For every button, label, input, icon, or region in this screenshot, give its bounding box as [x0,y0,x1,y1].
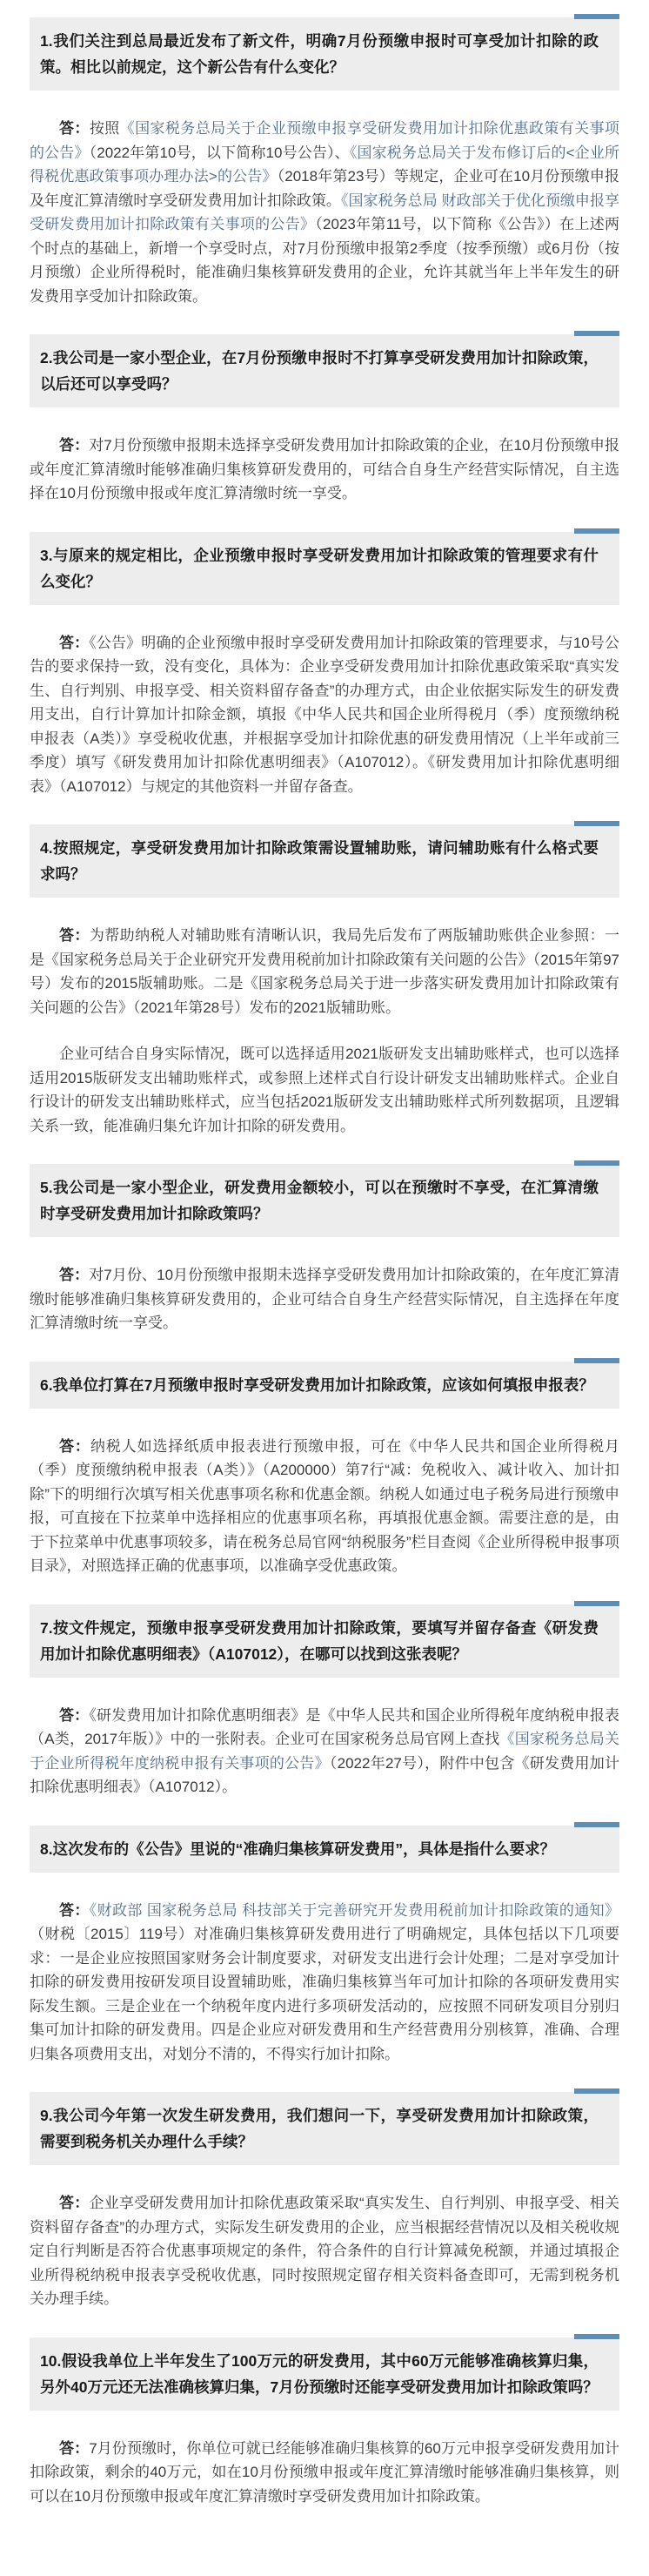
answer-label: 答： [59,2440,89,2457]
answer-text-segment: 7月份预缴时，你单位可就已经能够准确归集核算的60万元申报享受研发费用加计扣除政… [30,2440,619,2505]
answer: 答：《财政部 国家税务总局 科技部关于完善研究开发费用税前加计扣除政策的通知》（… [30,1899,619,2067]
answer: 答：7月份预缴时，你单位可就已经能够准确归集核算的60万元申报享受研发费用加计扣… [30,2437,619,2509]
answer-paragraph: 答：7月份预缴时，你单位可就已经能够准确归集核算的60万元申报享受研发费用加计扣… [30,2437,619,2509]
policy-link[interactable]: 《财政部 国家税务总局 科技部关于完善研究开发费用税前加计扣除政策的通知》 [90,1902,619,1919]
question-text: 3.与原来的规定相比，企业预缴申报时享受研发费用加计扣除政策的管理要求有什么变化… [40,542,599,595]
qa-section: 2.我公司是一家小型企业，在7月份预缴申报时不打算享受研发费用加计扣除政策，以后… [30,334,619,506]
answer-text-segment: 对7月份、10月份预缴申报期未选择享受研发费用加计扣除政策的，在年度汇算清缴时能… [30,1267,619,1331]
accent-bar [574,528,619,534]
question-box: 1.我们关注到总局最近发布了新文件，明确7月份预缴申报时可享受加计扣除的政策。相… [30,17,619,91]
answer: 答：《公告》明确的企业预缴申报时享受研发费用加计扣除政策的管理要求，与10号公告… [30,631,619,799]
answer-label: 答： [59,2195,90,2211]
accent-bar [574,14,619,19]
answer-paragraph: 答：企业享受研发费用加计扣除优惠政策采取“真实发生、自行判别、申报享受、相关资料… [30,2191,619,2311]
answer-text-segment: 纳税人如选择纸质申报表进行预缴申报，可在《中华人民共和国企业所得税月（季）度预缴… [30,1438,619,1575]
accent-bar [574,821,619,826]
question-text: 7.按文件规定，预缴申报享受研发费用加计扣除政策，要填写并留存备查《研发费用加计… [40,1615,599,1667]
question-text: 6.我单位打算在7月预缴申报时享受研发费用加计扣除政策，应该如何填报申报表？ [40,1372,599,1398]
question-text: 9.我公司今年第一次发生研发费用，我们想问一下，享受研发费用加计扣除政策，需要到… [40,2102,599,2155]
qa-section: 8.这次发布的《公告》里说的“准确归集核算研发费用”，具体是指什么要求？答：《财… [30,1826,619,2067]
answer-paragraph: 答：《公告》明确的企业预缴申报时享受研发费用加计扣除政策的管理要求，与10号公告… [30,631,619,799]
qa-section: 7.按文件规定，预缴申报享受研发费用加计扣除政策，要填写并留存备查《研发费用加计… [30,1604,619,1799]
qa-page: 1.我们关注到总局最近发布了新文件，明确7月份预缴申报时可享受加计扣除的政策。相… [0,0,649,2576]
answer-label: 答： [59,1438,90,1455]
answer-label: 答： [59,1902,90,1919]
qa-section: 10.假设我单位上半年发生了100万元的研发费用，其中60万元能够准确核算归集，… [30,2337,619,2509]
answer: 答：纳税人如选择纸质申报表进行预缴申报，可在《中华人民共和国企业所得税月（季）度… [30,1435,619,1578]
qa-section: 3.与原来的规定相比，企业预缴申报时享受研发费用加计扣除政策的管理要求有什么变化… [30,532,619,799]
accent-bar [574,1160,619,1166]
answer-label: 答： [59,120,90,137]
qa-section: 9.我公司今年第一次发生研发费用，我们想问一下，享受研发费用加计扣除政策，需要到… [30,2092,619,2311]
answer-paragraph: 答：对7月份预缴申报期未选择享受研发费用加计扣除政策的企业，在10月份预缴申报或… [30,434,619,506]
answer-paragraph: 答：按照《国家税务总局关于企业预缴申报享受研发费用加计扣除优惠政策有关事项的公告… [30,117,619,308]
answer-paragraph: 企业可结合自身实际情况，既可以选择适用2021版研发支出辅助账样式，也可以选择适… [30,1042,619,1138]
answer: 答：《研发费用加计扣除优惠明细表》是《中华人民共和国企业所得税年度纳税申报表（A… [30,1704,619,1799]
qa-section: 1.我们关注到总局最近发布了新文件，明确7月份预缴申报时可享受加计扣除的政策。相… [30,17,619,308]
answer-label: 答： [59,437,89,454]
answer: 答：企业享受研发费用加计扣除优惠政策采取“真实发生、自行判别、申报享受、相关资料… [30,2191,619,2311]
question-text: 10.假设我单位上半年发生了100万元的研发费用，其中60万元能够准确核算归集，… [40,2348,599,2400]
qa-list: 1.我们关注到总局最近发布了新文件，明确7月份预缴申报时可享受加计扣除的政策。相… [30,17,619,2508]
question-box: 10.假设我单位上半年发生了100万元的研发费用，其中60万元能够准确核算归集，… [30,2337,619,2411]
answer-text-segment: 企业可结合自身实际情况，既可以选择适用2021版研发支出辅助账样式，也可以选择适… [30,1046,619,1134]
accent-bar [574,2088,619,2094]
question-box: 8.这次发布的《公告》里说的“准确归集核算研发费用”，具体是指什么要求？ [30,1826,619,1873]
answer-text-segment: （财税〔2015〕119号）对准确归集核算研发费用进行了明确规定，具体包括以下几… [30,1926,619,2062]
answer-text-segment: 对7月份预缴申报期未选择享受研发费用加计扣除政策的企业，在10月份预缴申报或年度… [30,437,619,501]
qa-section: 6.我单位打算在7月预缴申报时享受研发费用加计扣除政策，应该如何填报申报表？答：… [30,1362,619,1578]
question-text: 4.按照规定，享受研发费用加计扣除政策需设置辅助账，请问辅助账有什么格式要求吗？ [40,835,599,887]
answer: 答：按照《国家税务总局关于企业预缴申报享受研发费用加计扣除优惠政策有关事项的公告… [30,117,619,308]
question-box: 7.按文件规定，预缴申报享受研发费用加计扣除政策，要填写并留存备查《研发费用加计… [30,1604,619,1678]
answer-label: 答： [59,1267,89,1283]
question-text: 2.我公司是一家小型企业，在7月份预缴申报时不打算享受研发费用加计扣除政策，以后… [40,345,599,397]
answer-paragraph: 答：对7月份、10月份预缴申报期未选择享受研发费用加计扣除政策的，在年度汇算清缴… [30,1263,619,1335]
question-box: 3.与原来的规定相比，企业预缴申报时享受研发费用加计扣除政策的管理要求有什么变化… [30,532,619,605]
question-text: 5.我公司是一家小型企业，研发费用金额较小，可以在预缴时不享受，在汇算清缴时享受… [40,1174,599,1227]
answer-paragraph: 答：《财政部 国家税务总局 科技部关于完善研究开发费用税前加计扣除政策的通知》（… [30,1899,619,2067]
qa-section: 4.按照规定，享受研发费用加计扣除政策需设置辅助账，请问辅助账有什么格式要求吗？… [30,824,619,1138]
answer-text-segment: 为帮助纳税人对辅助账有清晰认识，我局先后发布了两版辅助账供企业参照：一是《国家税… [30,927,619,1016]
answer: 答：为帮助纳税人对辅助账有清晰认识，我局先后发布了两版辅助账供企业参照：一是《国… [30,924,619,1138]
answer-paragraph: 答：《研发费用加计扣除优惠明细表》是《中华人民共和国企业所得税年度纳税申报表（A… [30,1704,619,1799]
accent-bar [574,1358,619,1363]
accent-bar [574,2334,619,2339]
answer-label: 答： [59,1707,89,1724]
answer-paragraph: 答：为帮助纳税人对辅助账有清晰认识，我局先后发布了两版辅助账供企业参照：一是《国… [30,924,619,1019]
qa-section: 5.我公司是一家小型企业，研发费用金额较小，可以在预缴时不享受，在汇算清缴时享受… [30,1164,619,1335]
question-box: 5.我公司是一家小型企业，研发费用金额较小，可以在预缴时不享受，在汇算清缴时享受… [30,1164,619,1237]
question-box: 9.我公司今年第一次发生研发费用，我们想问一下，享受研发费用加计扣除政策，需要到… [30,2092,619,2165]
question-box: 4.按照规定，享受研发费用加计扣除政策需设置辅助账，请问辅助账有什么格式要求吗？ [30,824,619,898]
question-box: 2.我公司是一家小型企业，在7月份预缴申报时不打算享受研发费用加计扣除政策，以后… [30,334,619,407]
answer-paragraph: 答：纳税人如选择纸质申报表进行预缴申报，可在《中华人民共和国企业所得税月（季）度… [30,1435,619,1578]
accent-bar [574,1822,619,1827]
accent-bar [574,331,619,336]
accent-bar [574,1601,619,1606]
answer-text-segment: 按照 [90,120,120,137]
answer: 答：对7月份、10月份预缴申报期未选择享受研发费用加计扣除政策的，在年度汇算清缴… [30,1263,619,1335]
answer: 答：对7月份预缴申报期未选择享受研发费用加计扣除政策的企业，在10月份预缴申报或… [30,434,619,506]
question-text: 8.这次发布的《公告》里说的“准确归集核算研发费用”，具体是指什么要求？ [40,1836,599,1862]
answer-text-segment: 《公告》明确的企业预缴申报时享受研发费用加计扣除政策的管理要求，与10号公告的要… [30,635,619,795]
question-box: 6.我单位打算在7月预缴申报时享受研发费用加计扣除政策，应该如何填报申报表？ [30,1362,619,1409]
question-text: 1.我们关注到总局最近发布了新文件，明确7月份预缴申报时可享受加计扣除的政策。相… [40,28,599,80]
answer-text-segment: 企业享受研发费用加计扣除优惠政策采取“真实发生、自行判别、申报享受、相关资料留存… [30,2195,619,2307]
answer-label: 答： [59,927,90,944]
answer-text-segment: （2022年第10号，以下简称10号公告）、 [90,145,350,161]
answer-label: 答： [59,635,89,651]
